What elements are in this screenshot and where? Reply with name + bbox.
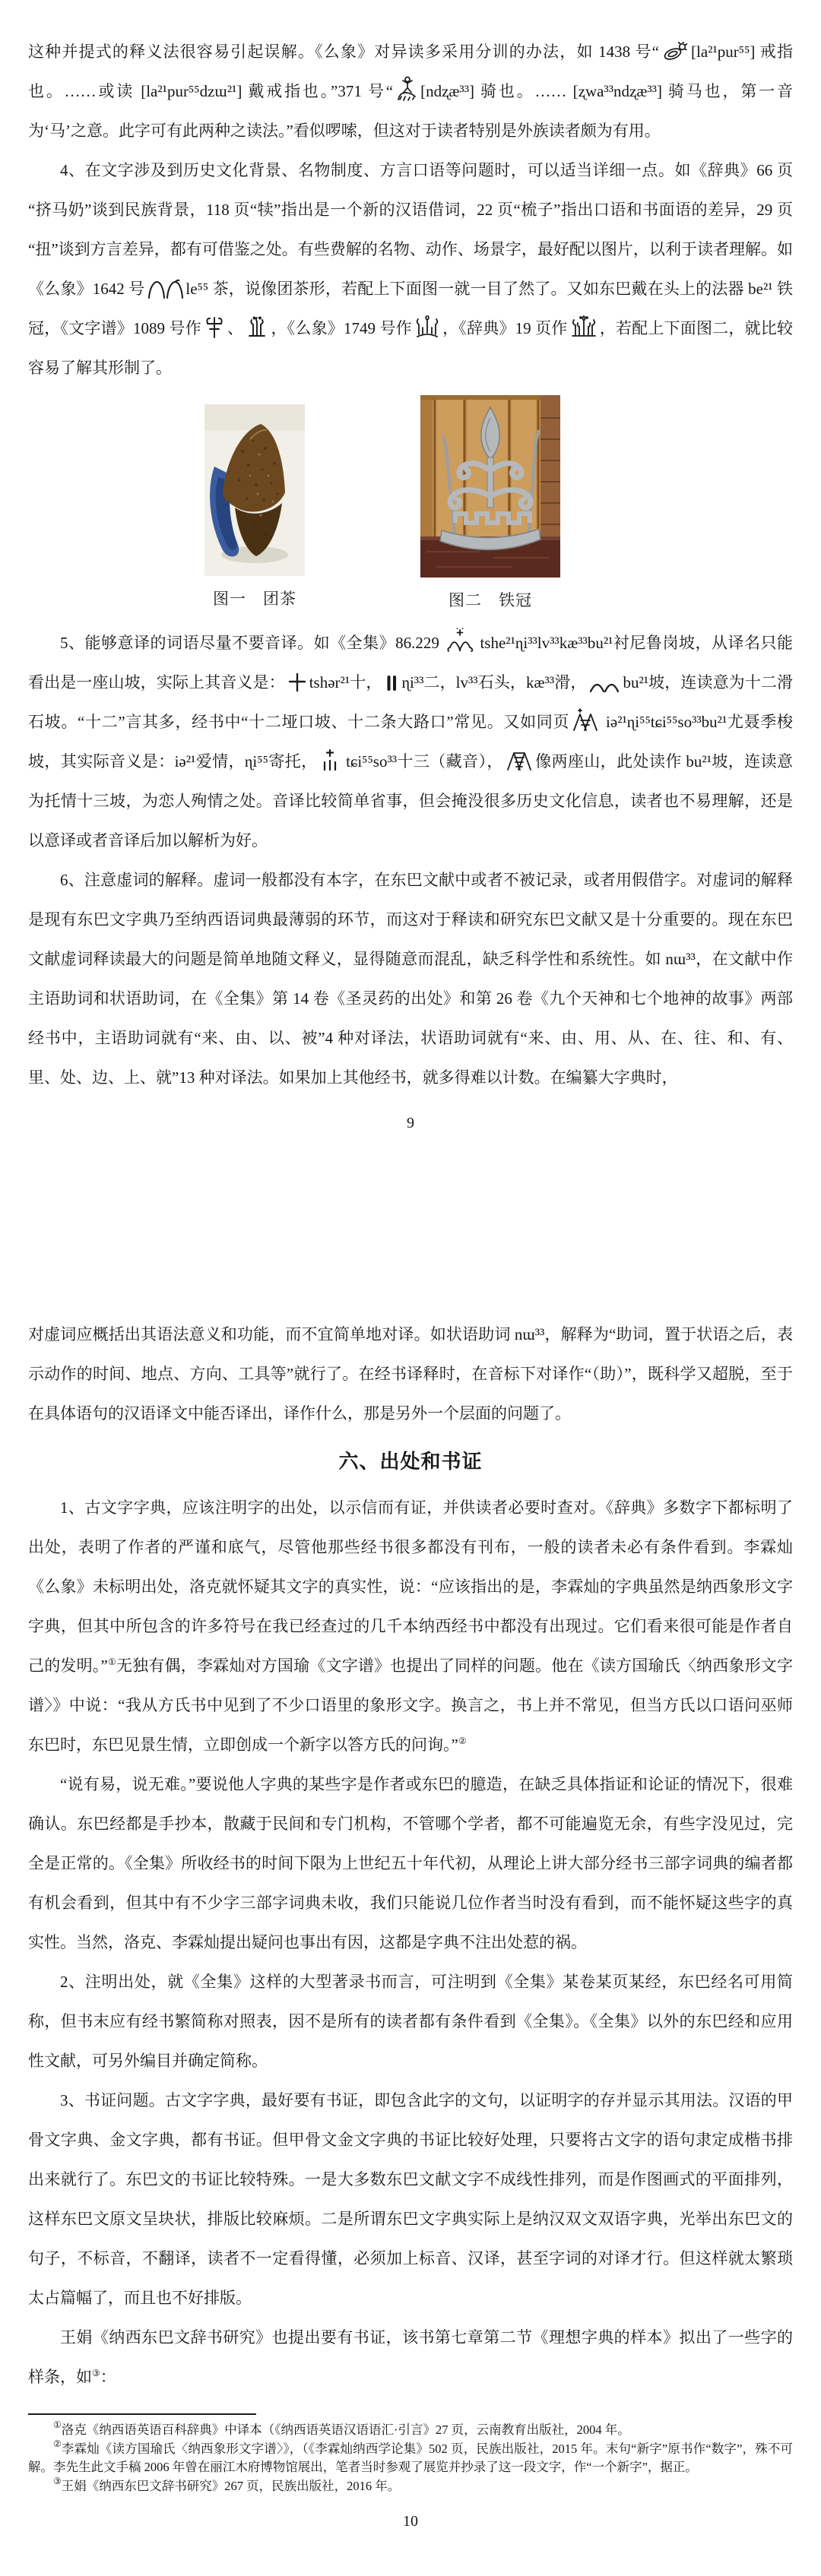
dongba-ten-icon bbox=[287, 672, 307, 693]
page-gap bbox=[0, 1138, 821, 1315]
body-paragraph: 这种并提式的释义法很容易引起误解。《么象》对异读多采用分训的办法，如 1438 … bbox=[28, 32, 793, 150]
dongba-crown-d-icon bbox=[570, 315, 598, 339]
body-paragraph: “说有易，说无难。”要说他人字典的某些字是作者或东巴的臆造，在缺乏具体指证和论证… bbox=[28, 1764, 793, 1962]
document-page-9: 这种并提式的释义法很容易引起误解。《么象》对异读多采用分训的办法，如 1438 … bbox=[0, 0, 821, 1138]
footnote-marker: ① bbox=[108, 1657, 116, 1667]
body-paragraph: 对虚词应概括出其语法意义和功能，而不宜简单地对译。如状语助词 nɯ³³，解释为“… bbox=[28, 1315, 793, 1433]
figure-row: 图一 团茶 bbox=[28, 395, 793, 623]
dongba-crown-b-icon bbox=[246, 315, 268, 339]
body-paragraph: 王娟《纳西东巴文辞书研究》也提出要有书证，该书第七章第二节《理想字典的样本》拟出… bbox=[28, 2318, 793, 2397]
footnote: ①洛克《纳西语英语百科辞典》中译本（《纳西语英语汉语语汇·引言》27 页，云南教… bbox=[28, 2421, 793, 2440]
dongba-riding-icon bbox=[395, 76, 418, 102]
dongba-two-peaks-cross-icon bbox=[572, 707, 599, 733]
footnote-marker: ② bbox=[458, 1736, 467, 1746]
footnote: ②李霖灿《读方国瑜氏〈纳西象形文字谱〉》，（《李霖灿纳西学论集》502 页，民族… bbox=[28, 2440, 793, 2477]
page-number: 9 bbox=[28, 1108, 793, 1138]
tea-cake-photo bbox=[204, 404, 305, 576]
dongba-thirteen-icon bbox=[320, 748, 340, 772]
document-page-10: 对虚词应概括出其语法意义和功能，而不宜简单地对译。如状语助词 nɯ³³，解释为“… bbox=[0, 1315, 821, 2536]
body-paragraph: 2、注明出处，就《全集》这样的大型著录书而言，可注明到《全集》某卷某页某经，东巴… bbox=[28, 1962, 793, 2081]
footnote-marker: ② bbox=[53, 2438, 62, 2449]
footnotes-block: ①洛克《纳西语英语百科辞典》中译本（《纳西语英语汉语语汇·引言》27 页，云南教… bbox=[28, 2421, 793, 2495]
page-number: 10 bbox=[28, 2506, 793, 2536]
footnote-separator bbox=[28, 2413, 256, 2415]
body-paragraph: 1、古文字字典，应该注明字的出处，以示信而有证，并供读者必要时查对。《辞典》多数… bbox=[28, 1488, 793, 1764]
body-paragraph: 3、书证问题。古文字字典，最好要有书证，即包含此字的文句，以证明字的存并显示其用… bbox=[28, 2081, 793, 2318]
body-paragraph: 5、能够意译的词语尽量不要音译。如《全集》86.229 tshe²¹ɳi³³lv… bbox=[28, 623, 793, 860]
figure-caption: 图二 铁冠 bbox=[420, 588, 560, 611]
figure-tea-cake: 图一 团茶 bbox=[204, 404, 305, 609]
footnote: ③王娟《纳西东巴文辞书研究》267 页，民族出版社，2016 年。 bbox=[28, 2477, 793, 2496]
body-paragraph: 4、在文字涉及到历史文化背景、名物制度、方言口语等问题时，可以适当详细一点。如《… bbox=[28, 150, 793, 388]
body-paragraph: 6、注意虚词的解释。虚词一般都没有本字，在东巴文献中或者不被记录，或者用假借字。… bbox=[28, 860, 793, 1097]
footnote-marker: ③ bbox=[53, 2476, 62, 2486]
section-heading: 六、出处和书证 bbox=[28, 1448, 793, 1476]
dongba-two-peaks-ladder-icon bbox=[506, 747, 533, 772]
dongba-mountain-cross-icon bbox=[446, 628, 474, 653]
footnote-marker: ③ bbox=[92, 2368, 100, 2378]
dongba-crown-c-icon bbox=[414, 315, 440, 339]
dongba-crown-a-icon bbox=[204, 315, 225, 339]
dongba-slope-arcs-icon bbox=[588, 676, 620, 693]
figure-caption: 图一 团茶 bbox=[204, 587, 305, 609]
dongba-two-strokes-icon bbox=[384, 673, 399, 693]
dongba-ring-icon bbox=[661, 42, 689, 62]
figure-iron-crown: 图二 铁冠 bbox=[420, 395, 560, 611]
footnote-marker: ① bbox=[53, 2419, 62, 2430]
dongba-tea-cakes-icon bbox=[147, 279, 183, 299]
iron-crown-photo bbox=[420, 395, 560, 578]
